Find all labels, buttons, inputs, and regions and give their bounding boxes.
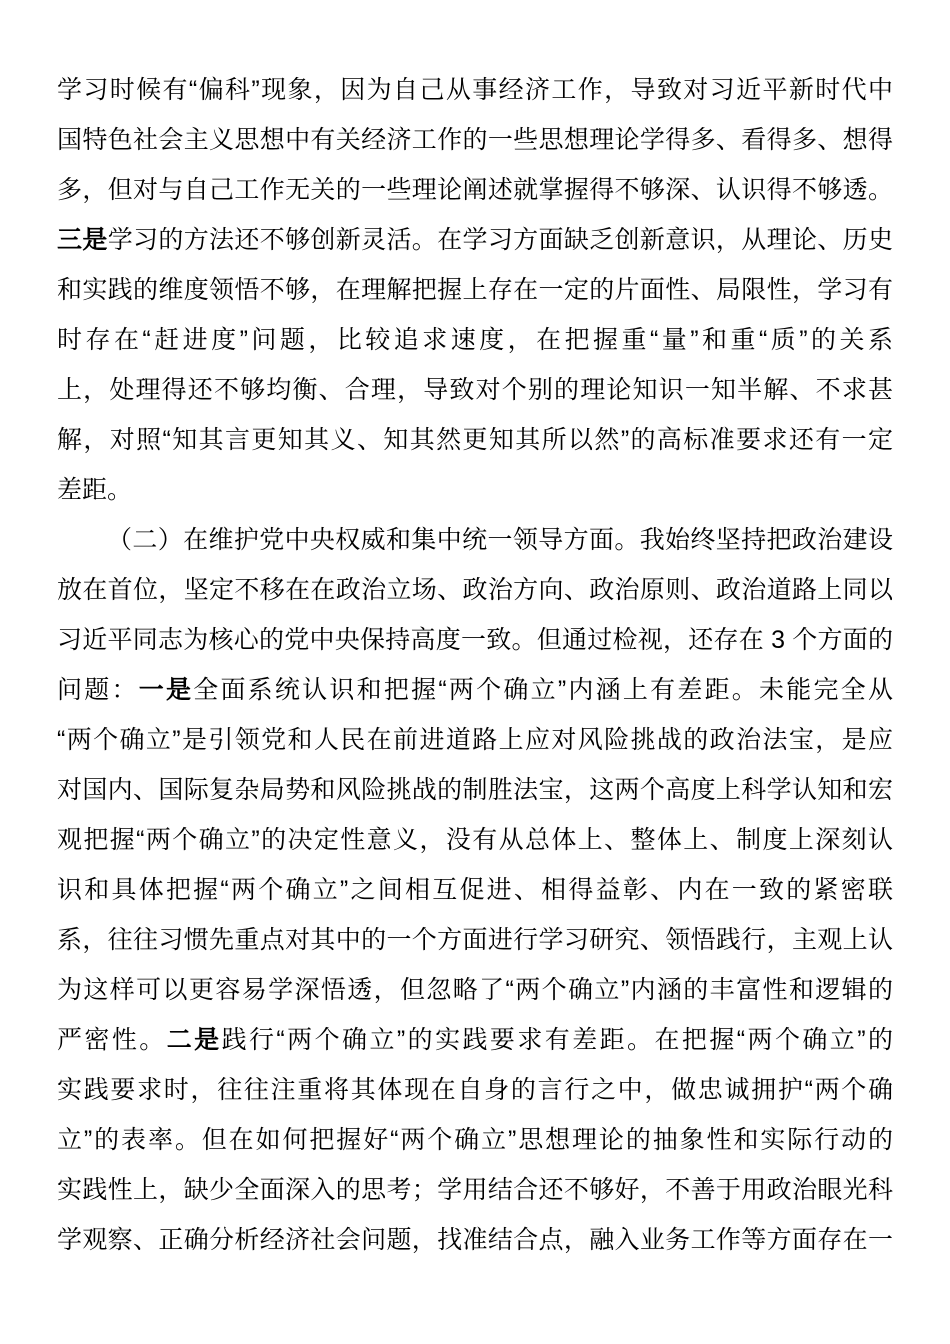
text-line: 上，处理得还不够均衡、合理，导致对个别的理论知识一知半解、不求甚 xyxy=(57,365,893,415)
text-run: 践行“两个确立”的实践要求有差距。在把握“两个确立”的 xyxy=(222,1026,893,1054)
text-line: 为这样可以更容易学深悟透，但忽略了“两个确立”内涵的丰富性和逻辑的 xyxy=(57,965,893,1015)
text-line: 系，往往习惯先重点对其中的一个方面进行学习研究、领悟践行，主观上认 xyxy=(57,915,893,965)
document-text-block: 学习时候有“偏科”现象，因为自己从事经济工作，导致对习近平新时代中 国特色社会主… xyxy=(57,65,893,1265)
text-line: 学观察、正确分析经济社会问题，找准结合点，融入业务工作等方面存在一 xyxy=(57,1215,893,1265)
text-run: 解，对照“知其言更知其义、知其然更知其所以然”的高标准要求还有一定 xyxy=(57,426,893,454)
text-line: 观把握“两个确立”的决定性意义，没有从总体上、整体上、制度上深刻认 xyxy=(57,815,893,865)
text-run: 全面系统认识和把握“两个确立”内涵上有差距。未能完全从 xyxy=(193,676,893,704)
text-line: 问题：一是全面系统认识和把握“两个确立”内涵上有差距。未能完全从 xyxy=(57,665,893,715)
text-run: 差距。 xyxy=(57,476,132,504)
text-line: 立”的表率。但在如何把握好“两个确立”思想理论的抽象性和实际行动的 xyxy=(57,1115,893,1165)
text-run: 学观察、正确分析经济社会问题，找准结合点，融入业务工作等方面存在一 xyxy=(57,1226,893,1254)
text-run: 习近平同志为核心的党中央保持高度一致。但通过检视，还存在 3 个方面的 xyxy=(57,626,893,654)
text-run: “两个确立”是引领党和人民在前进道路上应对风险挑战的政治法宝，是应 xyxy=(57,726,893,754)
text-line: 严密性。二是践行“两个确立”的实践要求有差距。在把握“两个确立”的 xyxy=(57,1015,893,1065)
text-run: 和实践的维度领悟不够，在理解把握上存在一定的片面性、局限性，学习有 xyxy=(57,276,893,304)
text-run: （二）在维护党中央权威和集中统一领导方面。我始终坚持把政治建设 xyxy=(107,526,893,554)
text-line: 放在首位，坚定不移在在政治立场、政治方向、政治原则、政治道路上同以 xyxy=(57,565,893,615)
text-run-bold: 一是 xyxy=(139,676,193,704)
text-line: 三是学习的方法还不够创新灵活。在学习方面缺乏创新意识，从理论、历史 xyxy=(57,215,893,265)
text-run: 问题： xyxy=(57,676,139,704)
text-line: 多，但对与自己工作无关的一些理论阐述就掌握得不够深、认识得不够透。 xyxy=(57,165,893,215)
text-line: 对国内、国际复杂局势和风险挑战的制胜法宝，这两个高度上科学认知和宏 xyxy=(57,765,893,815)
text-run: 多，但对与自己工作无关的一些理论阐述就掌握得不够深、认识得不够透。 xyxy=(57,176,893,204)
text-run: 学习的方法还不够创新灵活。在学习方面缺乏创新意识，从理论、历史 xyxy=(108,226,893,254)
text-line-paragraph-end: 差距。 xyxy=(57,465,893,515)
text-line: 国特色社会主义思想中有关经济工作的一些思想理论学得多、看得多、想得 xyxy=(57,115,893,165)
text-run: 学习时候有“偏科”现象，因为自己从事经济工作，导致对习近平新时代中 xyxy=(57,76,893,104)
text-run-bold: 二是 xyxy=(167,1026,222,1054)
text-line: 实践性上，缺少全面深入的思考；学用结合还不够好，不善于用政治眼光科 xyxy=(57,1165,893,1215)
text-run: 严密性。 xyxy=(57,1026,167,1054)
text-run: 上，处理得还不够均衡、合理，导致对个别的理论知识一知半解、不求甚 xyxy=(57,376,893,404)
text-run: 国特色社会主义思想中有关经济工作的一些思想理论学得多、看得多、想得 xyxy=(57,126,893,154)
text-line: “两个确立”是引领党和人民在前进道路上应对风险挑战的政治法宝，是应 xyxy=(57,715,893,765)
text-run: 实践性上，缺少全面深入的思考；学用结合还不够好，不善于用政治眼光科 xyxy=(57,1176,893,1204)
text-line: 学习时候有“偏科”现象，因为自己从事经济工作，导致对习近平新时代中 xyxy=(57,65,893,115)
document-page: 学习时候有“偏科”现象，因为自己从事经济工作，导致对习近平新时代中 国特色社会主… xyxy=(0,0,950,1344)
text-run: 观把握“两个确立”的决定性意义，没有从总体上、整体上、制度上深刻认 xyxy=(57,826,893,854)
text-line: 习近平同志为核心的党中央保持高度一致。但通过检视，还存在 3 个方面的 xyxy=(57,615,893,665)
text-line: 实践要求时，往往注重将其体现在自身的言行之中，做忠诚拥护“两个确 xyxy=(57,1065,893,1115)
text-run-bold: 三是 xyxy=(57,226,108,254)
text-run: 放在首位，坚定不移在在政治立场、政治方向、政治原则、政治道路上同以 xyxy=(57,576,893,604)
text-run: 立”的表率。但在如何把握好“两个确立”思想理论的抽象性和实际行动的 xyxy=(57,1126,893,1154)
text-line: 识和具体把握“两个确立”之间相互促进、相得益彰、内在一致的紧密联 xyxy=(57,865,893,915)
text-run: 识和具体把握“两个确立”之间相互促进、相得益彰、内在一致的紧密联 xyxy=(57,876,893,904)
text-run: 实践要求时，往往注重将其体现在自身的言行之中，做忠诚拥护“两个确 xyxy=(57,1076,893,1104)
text-line-paragraph-start: （二）在维护党中央权威和集中统一领导方面。我始终坚持把政治建设 xyxy=(57,515,893,565)
text-line: 解，对照“知其言更知其义、知其然更知其所以然”的高标准要求还有一定 xyxy=(57,415,893,465)
text-run: 时存在“赶进度”问题，比较追求速度，在把握重“量”和重“质”的关系 xyxy=(57,326,893,354)
text-run: 对国内、国际复杂局势和风险挑战的制胜法宝，这两个高度上科学认知和宏 xyxy=(57,776,893,804)
text-run: 为这样可以更容易学深悟透，但忽略了“两个确立”内涵的丰富性和逻辑的 xyxy=(57,976,893,1004)
text-run: 系，往往习惯先重点对其中的一个方面进行学习研究、领悟践行，主观上认 xyxy=(57,926,893,954)
text-line: 和实践的维度领悟不够，在理解把握上存在一定的片面性、局限性，学习有 xyxy=(57,265,893,315)
text-line: 时存在“赶进度”问题，比较追求速度，在把握重“量”和重“质”的关系 xyxy=(57,315,893,365)
